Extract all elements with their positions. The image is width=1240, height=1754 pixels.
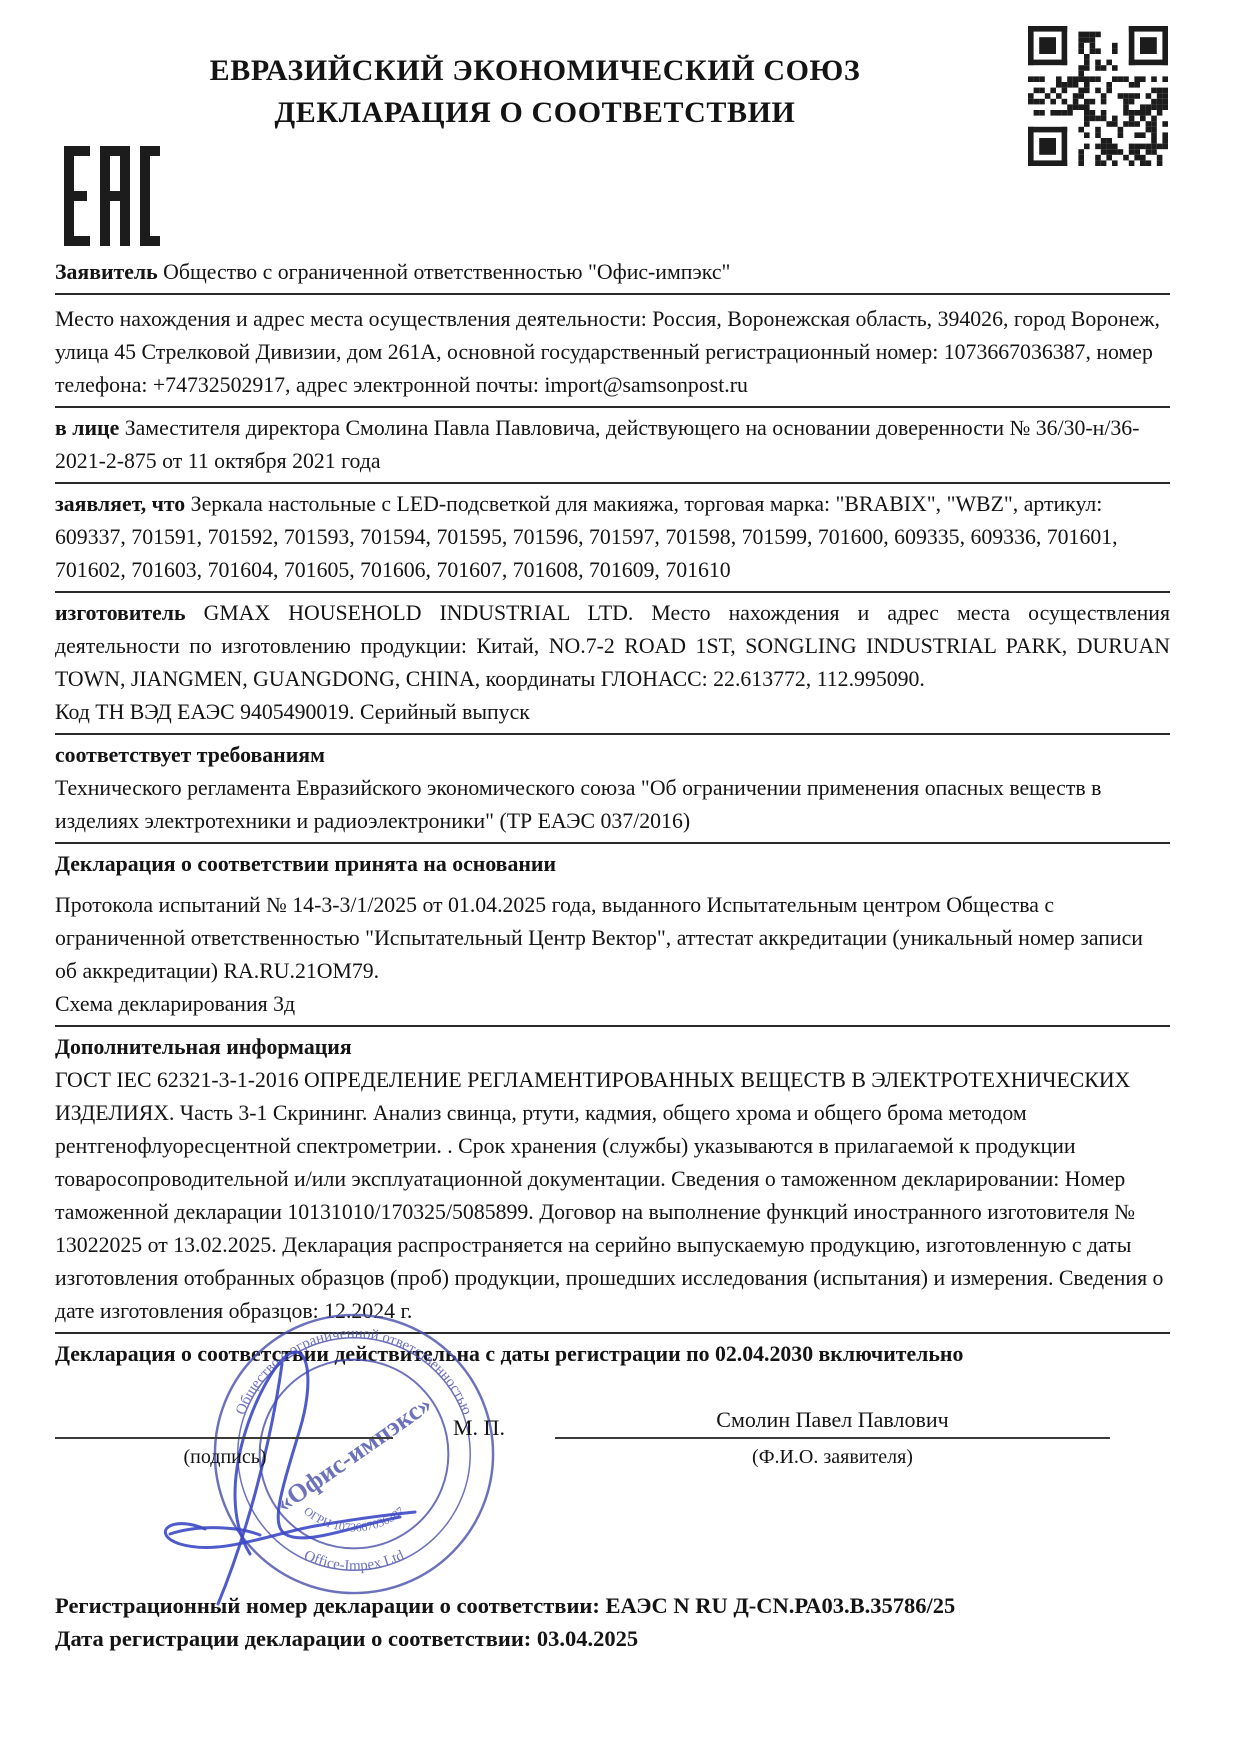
additional-paragraph: ГОСТ IEC 62321-3-1-2016 ОПРЕДЕЛЕНИЕ РЕГЛ… — [55, 1064, 1170, 1328]
basis-heading: Декларация о соответствии принята на осн… — [55, 848, 1170, 881]
declares-paragraph: заявляет, что Зеркала настольные с LED-п… — [55, 488, 1170, 587]
section-divider — [55, 591, 1170, 593]
representative-label: в лице — [55, 416, 119, 440]
section-divider — [55, 842, 1170, 844]
meets-paragraph: Технического регламента Евразийского эко… — [55, 772, 1170, 838]
section-divider — [55, 733, 1170, 735]
section-divider — [55, 293, 1170, 295]
signature-caption: (подпись) — [150, 1441, 300, 1474]
document-header: ЕВРАЗИЙСКИЙ ЭКОНОМИЧЕСКИЙ СОЮЗ ДЕКЛАРАЦИ… — [0, 0, 1240, 256]
address-paragraph: Место нахождения и адрес места осуществл… — [55, 303, 1170, 402]
applicant-label: Заявитель — [55, 260, 158, 284]
declarant-name: Смолин Павел Павлович — [555, 1403, 1110, 1436]
section-divider — [55, 406, 1170, 408]
declarant-name-caption: (Ф.И.О. заявителя) — [555, 1441, 1110, 1474]
declaration-document: ЕВРАЗИЙСКИЙ ЭКОНОМИЧЕСКИЙ СОЮЗ ДЕКЛАРАЦИ… — [0, 0, 1240, 1754]
manufacturer-value: GMAX HOUSEHOLD INDUSTRIAL LTD. Место нах… — [55, 601, 1170, 691]
title-line-2: ДЕКЛАРАЦИЯ О СООТВЕТСТВИИ — [165, 92, 905, 134]
manufacturer-paragraph: изготовитель GMAX HOUSEHOLD INDUSTRIAL L… — [55, 597, 1170, 696]
eac-mark-icon — [64, 146, 160, 246]
declares-label: заявляет, что — [55, 492, 185, 516]
section-divider — [55, 1025, 1170, 1027]
representative-value: Заместителя директора Смолина Павла Павл… — [55, 416, 1139, 473]
manufacturer-label: изготовитель — [55, 601, 186, 625]
stamp-place-label: М. П. — [453, 1411, 505, 1444]
tnved-line: Код ТН ВЭД ЕАЭС 9405490019. Серийный вып… — [55, 696, 1170, 729]
applicant-line: Заявитель Общество с ограниченной ответс… — [55, 256, 1170, 289]
section-divider — [55, 482, 1170, 484]
document-body: Заявитель Общество с ограниченной ответс… — [55, 256, 1170, 1655]
registration-date-line: Дата регистрации декларации о соответств… — [55, 1622, 1170, 1655]
declares-value: Зеркала настольные с LED-подсветкой для … — [55, 492, 1118, 582]
signature-line — [55, 1437, 393, 1439]
scheme-line: Схема декларирования 3д — [55, 988, 1170, 1021]
representative-paragraph: в лице Заместителя директора Смолина Пав… — [55, 412, 1170, 478]
declarant-name-line — [555, 1437, 1110, 1439]
meets-heading: соответствует требованиям — [55, 739, 1170, 772]
signature-block: Общество с ограниченной ответственностью… — [55, 1377, 1170, 1589]
qr-code-icon — [1028, 26, 1168, 166]
page-title: ЕВРАЗИЙСКИЙ ЭКОНОМИЧЕСКИЙ СОЮЗ ДЕКЛАРАЦИ… — [165, 50, 905, 134]
title-line-1: ЕВРАЗИЙСКИЙ ЭКОНОМИЧЕСКИЙ СОЮЗ — [165, 50, 905, 92]
applicant-value: Общество с ограниченной ответственностью… — [163, 260, 730, 284]
basis-paragraph: Протокола испытаний № 14-3-3/1/2025 от 0… — [55, 889, 1170, 988]
additional-heading: Дополнительная информация — [55, 1031, 1170, 1064]
